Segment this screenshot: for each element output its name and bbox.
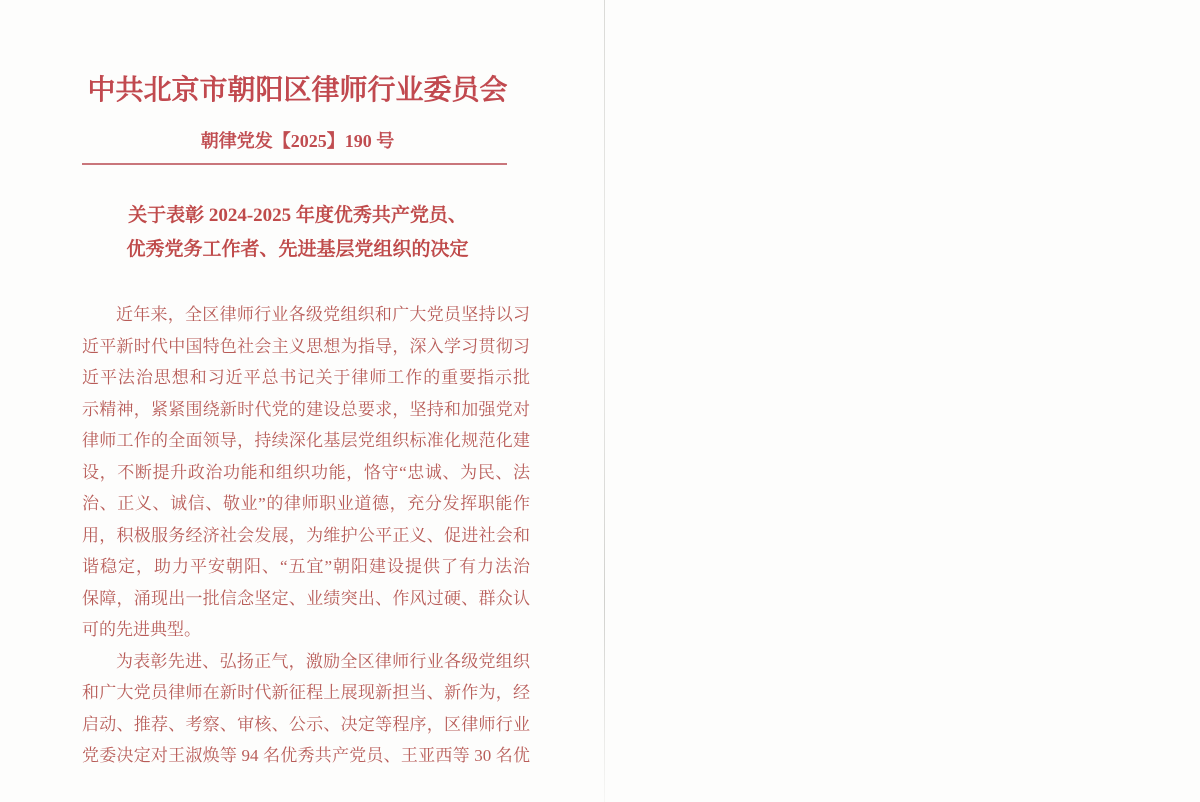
page-left: 中共北京市朝阳区律师行业委员会 朝律党发【2025】190 号 关于表彰 202… <box>0 0 604 802</box>
body-line: 近平法治思想和习近平总书记关于律师工作的重要指示批 <box>82 362 530 394</box>
document-spread: 中共北京市朝阳区律师行业委员会 朝律党发【2025】190 号 关于表彰 202… <box>0 0 1200 802</box>
body-line: 为表彰先进、弘扬正气，激励全区律师行业各级党组织 <box>82 646 530 678</box>
document-title-line-1: 关于表彰 2024-2025 年度优秀共产党员、 <box>75 199 520 233</box>
body-line: 党委决定对王淑焕等 94 名优秀共产党员、王亚西等 30 名优 <box>82 740 530 772</box>
body-column-left: 近年来，全区律师行业各级党组织和广大党员坚持以习 近平新时代中国特色社会主义思想… <box>82 299 530 772</box>
body-line: 用，积极服务经济社会发展，为维护公平正义、促进社会和 <box>82 520 530 552</box>
document-org-title: 中共北京市朝阳区律师行业委员会 <box>75 68 520 108</box>
body-line: 可的先进典型。 <box>82 614 530 646</box>
document-number: 朝律党发【2025】190 号 <box>75 127 520 153</box>
body-line: 启动、推荐、考察、审核、公示、决定等程序，区律师行业 <box>82 709 530 741</box>
body-line: 近年来，全区律师行业各级党组织和广大党员坚持以习 <box>82 299 530 331</box>
body-line: 谐稳定，助力平安朝阳、“五宜”朝阳建设提供了有力法治 <box>82 551 530 583</box>
document-title-line-2: 优秀党务工作者、先进基层党组织的决定 <box>75 233 520 267</box>
body-line: 保障，涌现出一批信念坚定、业绩突出、作风过硬、群众认 <box>82 583 530 615</box>
body-line: 治、正义、诚信、敬业”的律师职业道德，充分发挥职能作 <box>82 488 530 520</box>
body-line: 设，不断提升政治功能和组织功能，恪守“忠诚、为民、法 <box>82 457 530 489</box>
body-line: 示精神，紧紧围绕新时代党的建设总要求，坚持和加强党对 <box>82 394 530 426</box>
red-separator-line <box>82 163 507 165</box>
body-line: 律师工作的全面领导，持续深化基层党组织标准化规范化建 <box>82 425 530 457</box>
page-right: 秀党务工作者、万商天勤律师事务所党总支等 10 个先进基 层党组织予以表彰。 希… <box>605 0 1200 802</box>
document-title: 关于表彰 2024-2025 年度优秀共产党员、 优秀党务工作者、先进基层党组织… <box>75 199 520 267</box>
ink-bleed-artifact <box>296 338 336 348</box>
body-line: 和广大党员律师在新时代新征程上展现新担当、新作为，经 <box>82 677 530 709</box>
